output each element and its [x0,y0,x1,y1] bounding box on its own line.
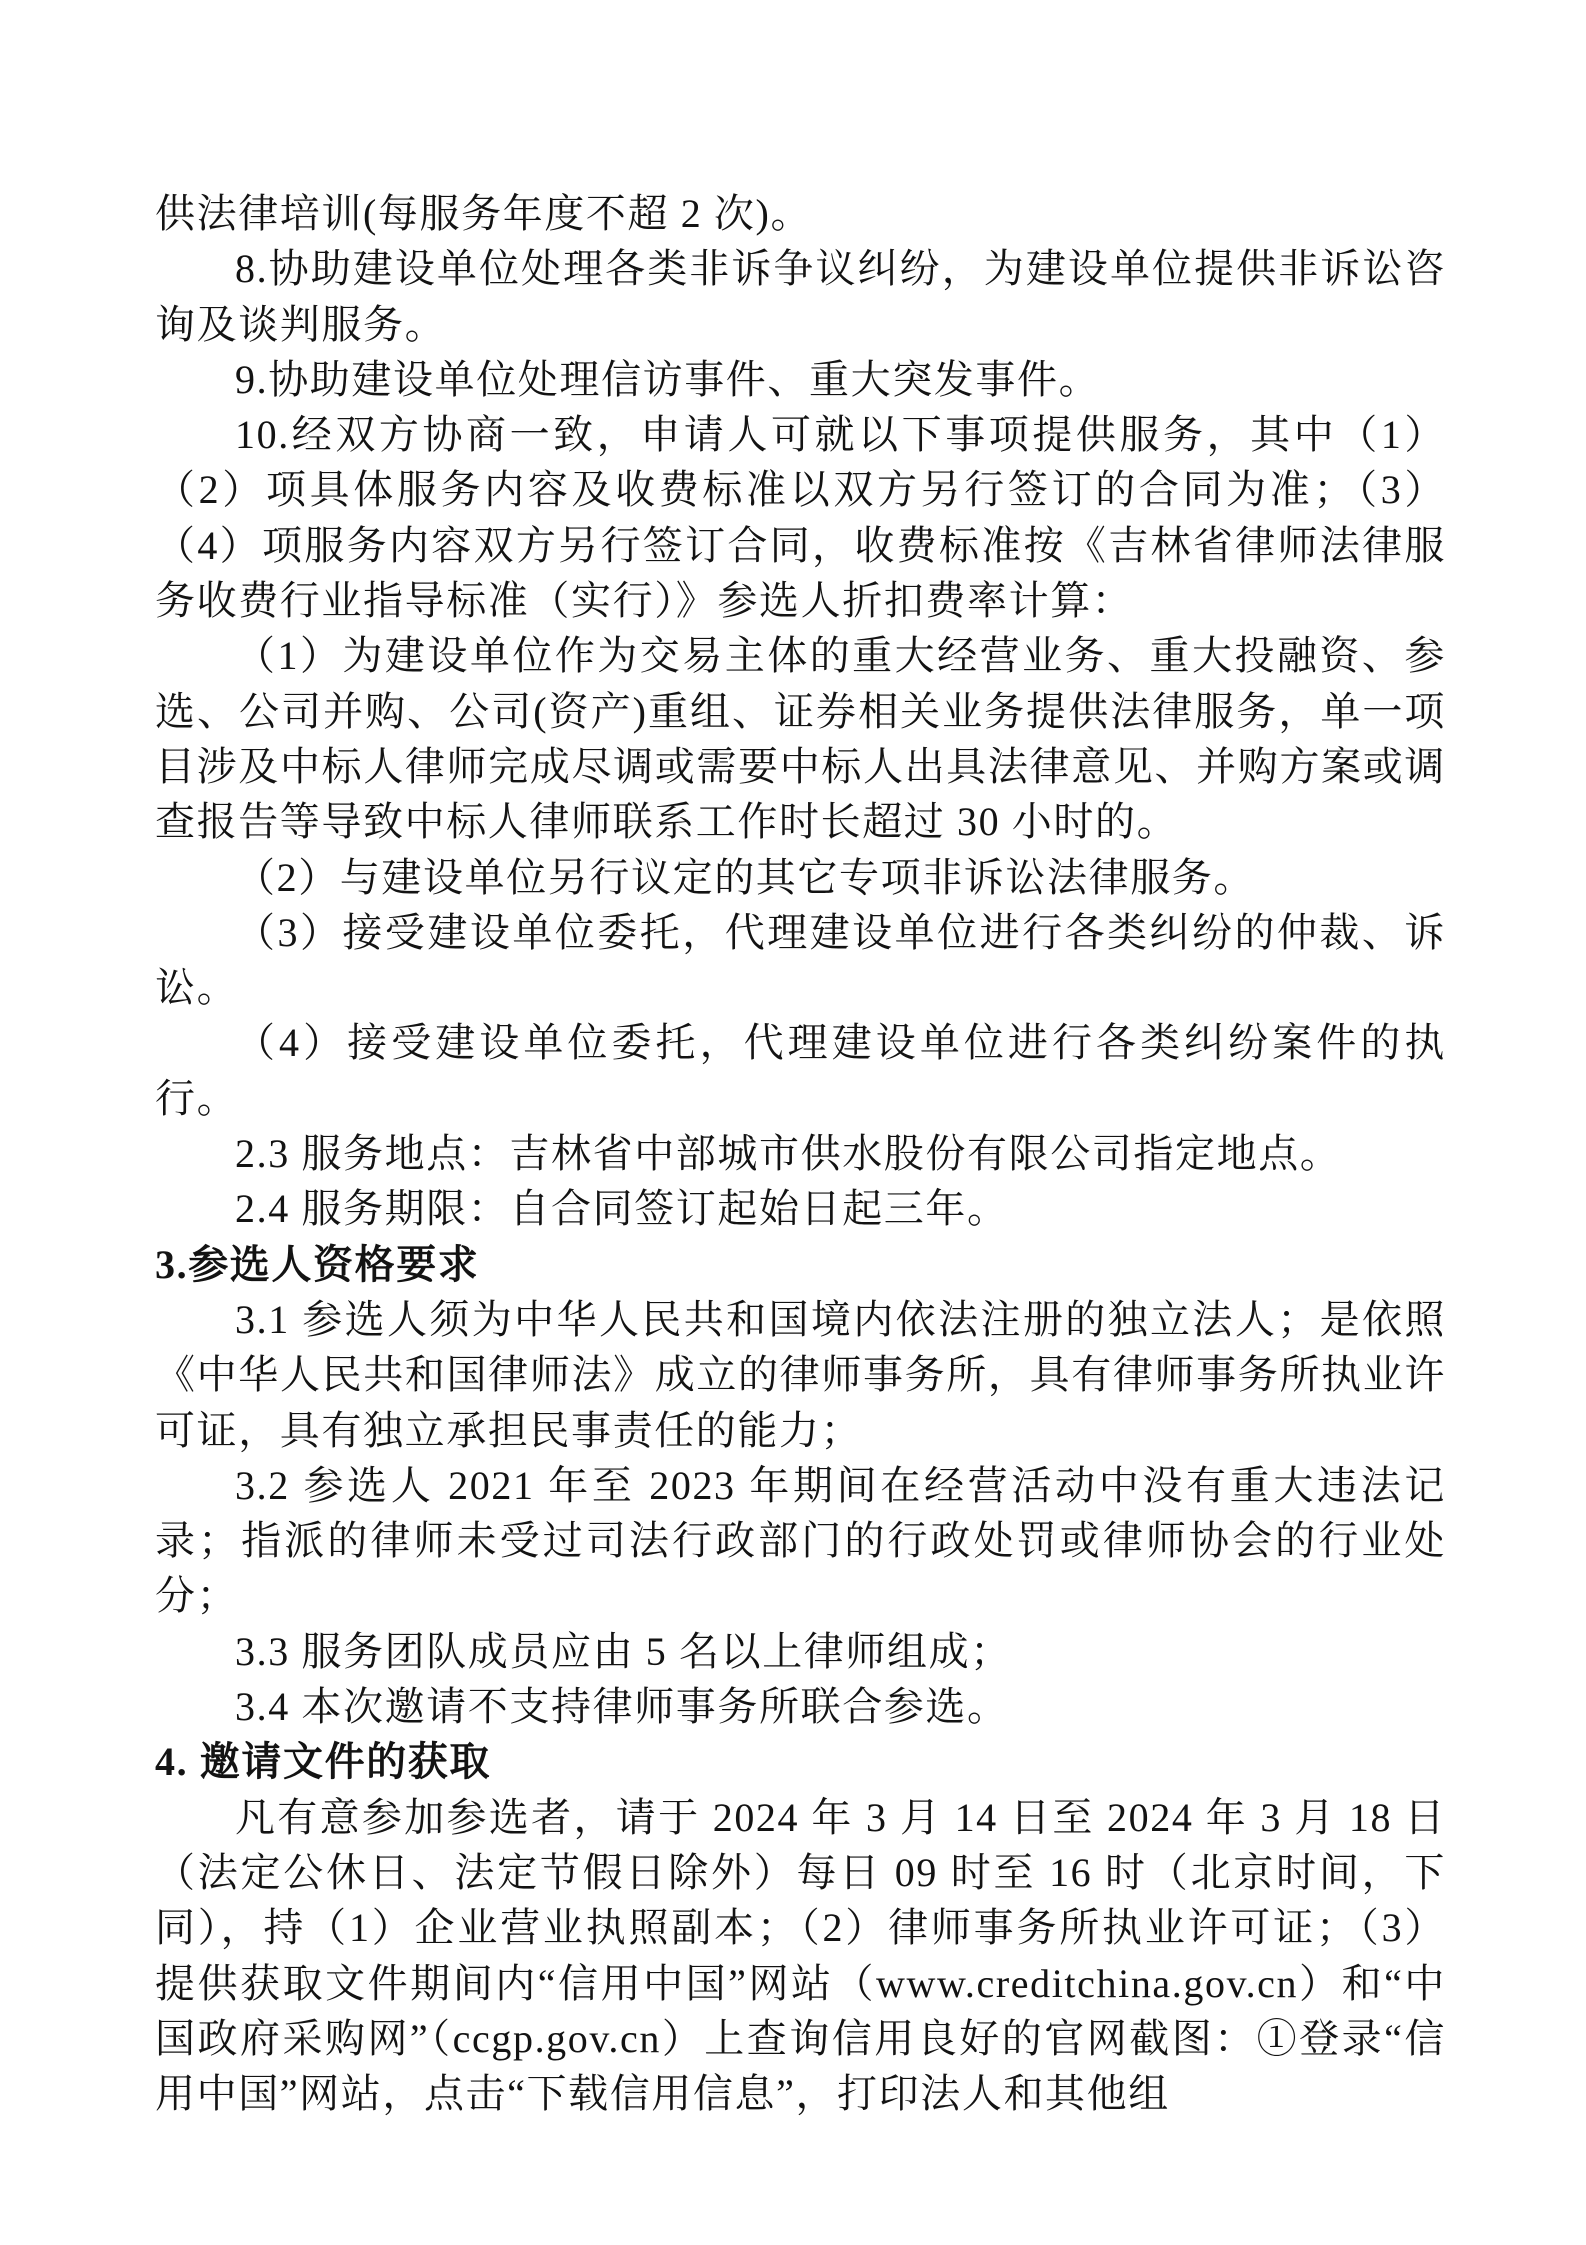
paragraph: 3.3 服务团队成员应由 5 名以上律师组成； [155,1624,1446,1679]
paragraph: 2.3 服务地点：吉林省中部城市供水股份有限公司指定地点。 [155,1126,1446,1181]
paragraph: 2.4 服务期限：自合同签订起始日起三年。 [155,1181,1446,1236]
paragraph: 8.协助建设单位处理各类非诉争议纠纷，为建设单位提供非诉讼咨询及谈判服务。 [155,241,1446,352]
paragraph: （4）接受建设单位委托，代理建设单位进行各类纠纷案件的执行。 [155,1015,1446,1126]
paragraph: 3.1 参选人须为中华人民共和国境内依法注册的独立法人；是依照《中华人民共和国律… [155,1292,1446,1458]
paragraph: （3）接受建设单位委托，代理建设单位进行各类纠纷的仲裁、诉讼。 [155,905,1446,1016]
section-heading: 4. 邀请文件的获取 [155,1734,1446,1789]
section-heading: 3.参选人资格要求 [155,1237,1446,1292]
paragraph: （2）与建设单位另行议定的其它专项非诉讼法律服务。 [155,850,1446,905]
paragraph: 凡有意参加参选者，请于 2024 年 3 月 14 日至 2024 年 3 月 … [155,1790,1446,2122]
paragraph: （1）为建设单位作为交易主体的重大经营业务、重大投融资、参选、公司并购、公司(资… [155,628,1446,849]
paragraph: 9.协助建设单位处理信访事件、重大突发事件。 [155,352,1446,407]
paragraph: 10.经双方协商一致，申请人可就以下事项提供服务，其中（1）（2）项具体服务内容… [155,407,1446,628]
paragraph: 3.2 参选人 2021 年至 2023 年期间在经营活动中没有重大违法记录；指… [155,1458,1446,1624]
document-text-block: 供法律培训(每服务年度不超 2 次)。8.协助建设单位处理各类非诉争议纠纷，为建… [155,186,1446,2121]
document-page: 供法律培训(每服务年度不超 2 次)。8.协助建设单位处理各类非诉争议纠纷，为建… [0,0,1586,2245]
paragraph: 3.4 本次邀请不支持律师事务所联合参选。 [155,1679,1446,1734]
paragraph: 供法律培训(每服务年度不超 2 次)。 [155,186,1446,241]
